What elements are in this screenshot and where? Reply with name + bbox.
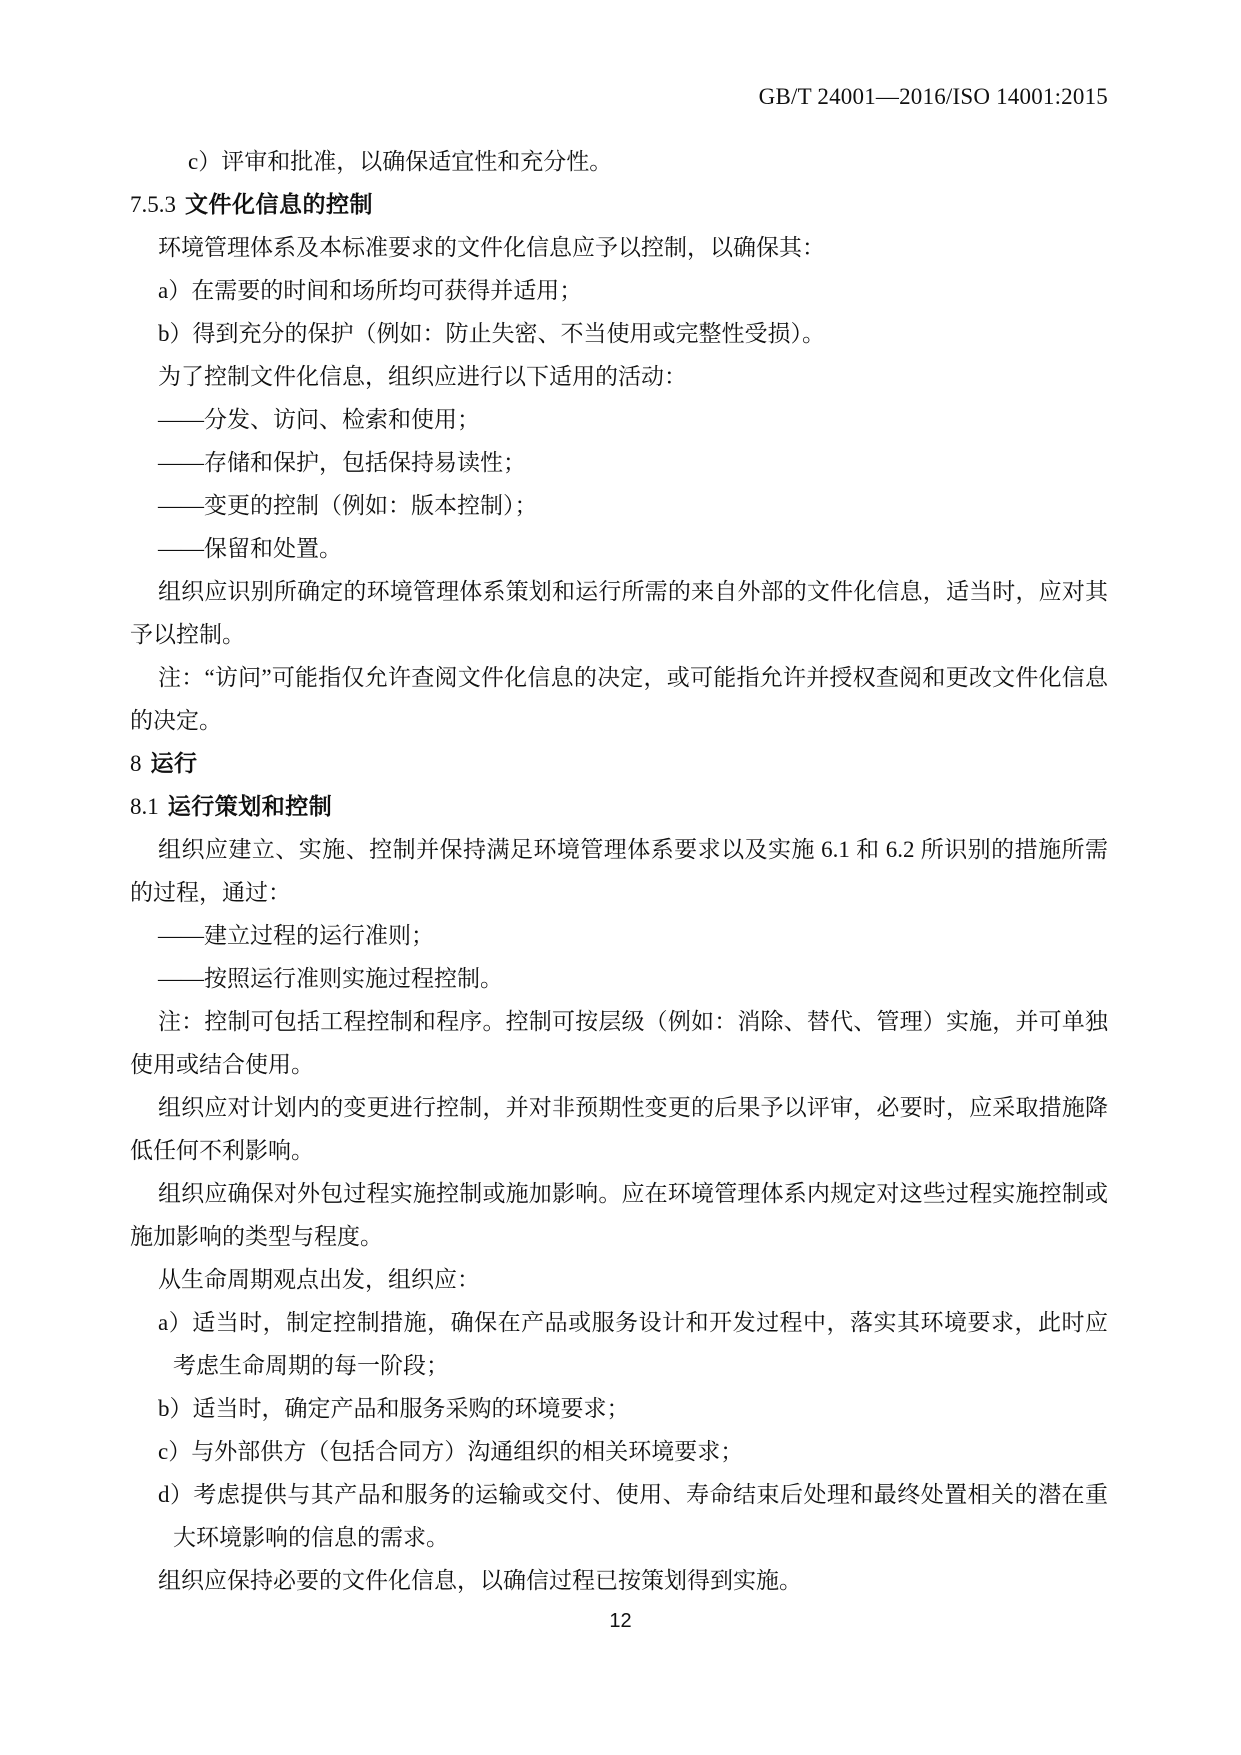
dash-item: ——分发、访问、检索和使用； — [130, 398, 1108, 441]
document-page: GB/T 24001—2016/ISO 14001:2015 c）评审和批准，以… — [0, 0, 1241, 1755]
list-item-c: c）与外部供方（包括合同方）沟通组织的相关环境要求； — [130, 1430, 1108, 1473]
paragraph-line: 从生命周期观点出发，组织应： — [130, 1258, 1108, 1301]
note-line: 的决定。 — [130, 699, 1108, 742]
section-title: 运行 — [151, 750, 198, 776]
paragraph-line: 环境管理体系及本标准要求的文件化信息应予以控制，以确保其： — [130, 226, 1108, 269]
paragraph-line: 施加影响的类型与程度。 — [130, 1215, 1108, 1258]
list-item-d: d）考虑提供与其产品和服务的运输或交付、使用、寿命结束后处理和最终处置相关的潜在… — [130, 1473, 1108, 1516]
document-header-standard-number: GB/T 24001—2016/ISO 14001:2015 — [130, 82, 1108, 112]
note-line: 注：“访问”可能指仅允许查阅文件化信息的决定，或可能指允许并授权查阅和更改文件化… — [130, 656, 1108, 699]
paragraph-line: 为了控制文件化信息，组织应进行以下适用的活动： — [130, 355, 1108, 398]
dash-item: ——存储和保护，包括保持易读性； — [130, 441, 1108, 484]
list-item-continuation: 考虑生命周期的每一阶段； — [130, 1344, 1108, 1387]
dash-item: ——保留和处置。 — [130, 527, 1108, 570]
list-item-a: a）适当时，制定控制措施，确保在产品或服务设计和开发过程中，落实其环境要求，此时… — [130, 1301, 1108, 1344]
list-item-continuation: 大环境影响的信息的需求。 — [130, 1516, 1108, 1559]
paragraph-line: 组织应识别所确定的环境管理体系策划和运行所需的来自外部的文件化信息，适当时，应对… — [130, 570, 1108, 613]
note-line: 注：控制可包括工程控制和程序。控制可按层级（例如：消除、替代、管理）实施，并可单… — [130, 1000, 1108, 1043]
paragraph-line: 的过程，通过： — [130, 871, 1108, 914]
section-number: 7.5.3 — [130, 192, 176, 217]
section-number: 8.1 — [130, 794, 159, 819]
list-item-b: b）得到充分的保护（例如：防止失密、不当使用或完整性受损）。 — [130, 312, 1108, 355]
dash-item: ——按照运行准则实施过程控制。 — [130, 957, 1108, 1000]
page-number: 12 — [0, 1606, 1241, 1636]
list-item-a: a）在需要的时间和场所均可获得并适用； — [130, 269, 1108, 312]
section-heading-8: 8运行 — [130, 742, 1108, 785]
paragraph-line: 予以控制。 — [130, 613, 1108, 656]
paragraph-line: 组织应建立、实施、控制并保持满足环境管理体系要求以及实施 6.1 和 6.2 所… — [130, 828, 1108, 871]
paragraph-line: 组织应对计划内的变更进行控制，并对非预期性变更的后果予以评审，必要时，应采取措施… — [130, 1086, 1108, 1129]
paragraph-line: 低任何不利影响。 — [130, 1129, 1108, 1172]
paragraph-line: 组织应确保对外包过程实施控制或施加影响。应在环境管理体系内规定对这些过程实施控制… — [130, 1172, 1108, 1215]
section-title: 文件化信息的控制 — [185, 191, 373, 217]
dash-item: ——变更的控制（例如：版本控制）； — [130, 484, 1108, 527]
section-title: 运行策划和控制 — [168, 793, 333, 819]
section-heading-7-5-3: 7.5.3文件化信息的控制 — [130, 183, 1108, 226]
list-item-b: b）适当时，确定产品和服务采购的环境要求； — [130, 1387, 1108, 1430]
section-heading-8-1: 8.1运行策划和控制 — [130, 785, 1108, 828]
list-item-c: c）评审和批准，以确保适宜性和充分性。 — [130, 140, 1108, 183]
note-line: 使用或结合使用。 — [130, 1043, 1108, 1086]
section-number: 8 — [130, 751, 142, 776]
document-body: c）评审和批准，以确保适宜性和充分性。 7.5.3文件化信息的控制 环境管理体系… — [130, 140, 1108, 1602]
paragraph-line: 组织应保持必要的文件化信息，以确信过程已按策划得到实施。 — [130, 1559, 1108, 1602]
dash-item: ——建立过程的运行准则； — [130, 914, 1108, 957]
